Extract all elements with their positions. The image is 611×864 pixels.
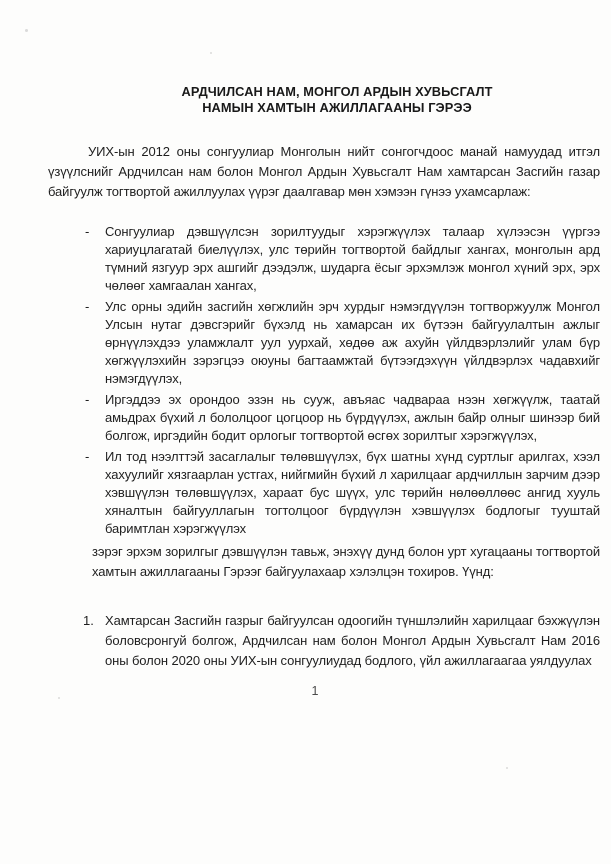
scan-speck [506, 767, 508, 769]
goal-item: - Ил тод нээлттэй засаглалыг төлөвшүүлэх… [85, 448, 600, 538]
goal-item-text: Иргэддээ эх орондоо эзэн нь сууж, авъяас… [105, 391, 600, 445]
document-page: АРДЧИЛСАН НАМ, МОНГОЛ АРДЫН ХУВЬСГАЛТ НА… [0, 0, 611, 864]
page-number: 1 [30, 684, 600, 698]
goal-item-text: Сонгуулиар дэвшүүлсэн зорилтуудыг хэрэгж… [105, 223, 600, 295]
title-line-1: АРДЧИЛСАН НАМ, МОНГОЛ АРДЫН ХУВЬСГАЛТ [74, 84, 600, 100]
intro-paragraph: УИХ-ын 2012 оны сонгуулиар Монголын нийт… [48, 142, 600, 202]
scan-speck [25, 29, 28, 32]
goals-list: - Сонгуулиар дэвшүүлсэн зорилтуудыг хэрэ… [48, 223, 600, 538]
goal-item-text: Ил тод нээлттэй засаглалыг төлөвшүүлэх, … [105, 448, 600, 538]
dash-bullet-marker: - [85, 298, 105, 388]
document-title: АРДЧИЛСАН НАМ, МОНГОЛ АРДЫН ХУВЬСГАЛТ НА… [74, 84, 600, 115]
goal-item-text: Улс орны эдийн засгийн хөгжлийн эрч хурд… [105, 298, 600, 388]
closing-paragraph: зэрэг эрхэм зорилгыг дэвшүүлэн тавьж, эн… [92, 542, 600, 581]
dash-bullet-marker: - [85, 448, 105, 538]
goal-item: - Улс орны эдийн засгийн хөгжлийн эрч ху… [85, 298, 600, 388]
title-line-2: НАМЫН ХАМТЫН АЖИЛЛАГААНЫ ГЭРЭЭ [74, 100, 600, 116]
agreement-items-list: 1. Хамтарсан Засгийн газрыг байгуулсан о… [48, 611, 600, 671]
scan-speck [210, 52, 212, 54]
dash-bullet-marker: - [85, 391, 105, 445]
agreement-item-1: 1. Хамтарсан Засгийн газрыг байгуулсан о… [83, 611, 600, 671]
goal-item: - Сонгуулиар дэвшүүлсэн зорилтуудыг хэрэ… [85, 223, 600, 295]
agreement-item-text: Хамтарсан Засгийн газрыг байгуулсан одоо… [105, 611, 600, 671]
goal-item: - Иргэддээ эх орондоо эзэн нь сууж, авъя… [85, 391, 600, 445]
agreement-item-number: 1. [83, 611, 105, 671]
dash-bullet-marker: - [85, 223, 105, 295]
scan-speck [58, 697, 60, 699]
